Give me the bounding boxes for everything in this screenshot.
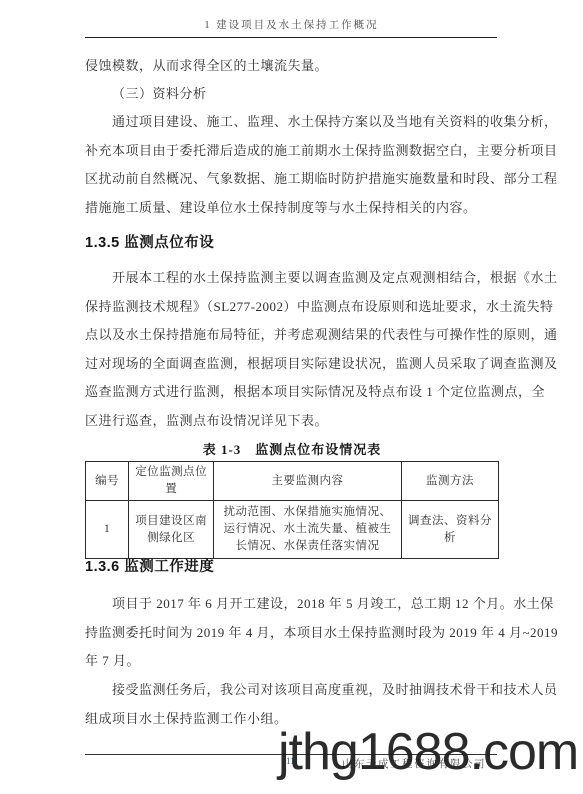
table-caption: 表 1-3 监测点位布设情况表 (85, 441, 499, 459)
paragraph-continuation: 侵蚀模数，从而求得全区的土壤流失量。 (85, 52, 501, 81)
column-header-content: 主要监测内容 (214, 462, 402, 501)
paragraph-subheading: （三）资料分析 (85, 80, 501, 109)
watermark-text: jthg1688.com (278, 722, 578, 782)
document-page: 1 建设项目及水土保持工作概况 侵蚀模数，从而求得全区的土壤流失量。 （三）资料… (0, 0, 583, 794)
text-line: 项目于 2017 年 6 月开工建设，2018 年 5 月竣工，总工期 12 个… (85, 590, 501, 619)
column-header-number: 编号 (86, 462, 129, 501)
text-line: 接受监测任务后，我公司对该项目高度重视，及时抽调技术骨干和技术人员 (85, 676, 501, 705)
text-line: （三）资料分析 (85, 80, 501, 109)
paragraph-schedule: 项目于 2017 年 6 月开工建设，2018 年 5 月竣工，总工期 12 个… (85, 590, 501, 676)
text-line: 通过项目建设、施工、监理、水土保持方案以及当地有关资料的收集分析， (85, 108, 501, 137)
column-header-method: 监测方法 (401, 462, 498, 501)
text-line: 区进行巡查，监测点布设情况详见下表。 (85, 407, 501, 436)
cell-method: 调查法、资料分析 (401, 501, 498, 559)
cell-location: 项目建设区南侧绿化区 (129, 501, 214, 559)
monitoring-points-table: 编号 定位监测点位置 主要监测内容 监测方法 1 项目建设区南侧绿化区 扰动范围… (85, 461, 499, 559)
table-header-row: 编号 定位监测点位置 主要监测内容 监测方法 (86, 462, 499, 501)
column-header-location: 定位监测点位置 (129, 462, 214, 501)
text-line: 巡查监测方式进行监测，根据本项目实际情况及特点布设 1 个定位监测点，全 (85, 378, 501, 407)
text-line: 保持监测技术规程》（SL277-2002）中监测点布设原则和选址要求，水土流失特 (85, 293, 501, 322)
page-header-chapter-title: 1 建设项目及水土保持工作概况 (0, 17, 583, 32)
cell-number: 1 (86, 501, 129, 559)
text-line: 持监测委托时间为 2019 年 4 月，本项目水土保持监测时段为 2019 年 … (85, 619, 501, 648)
text-line: 过对现场的全面调查监测，根据项目实际建设状况，监测人员采取了调查监测及 (85, 350, 501, 379)
paragraph-data-analysis: 通过项目建设、施工、监理、水土保持方案以及当地有关资料的收集分析， 补充本项目由… (85, 108, 501, 222)
text-line: 点以及水土保持措施布局特征，并考虑观测结果的代表性与可操作性的原则，通 (85, 321, 501, 350)
text-line: 区扰动前自然概况、气象数据、施工期临时防护措施实施数量和时段、部分工程 (85, 165, 501, 194)
text-line: 补充本项目由于委托滞后造成的施工前期水土保持监测数据空白，主要分析项目 (85, 137, 501, 166)
text-line: 侵蚀模数，从而求得全区的土壤流失量。 (85, 52, 501, 81)
section-heading-1-3-6: 1.3.6 监测工作进度 (85, 556, 501, 578)
header-rule (85, 37, 497, 38)
cell-content: 扰动范围、水保措施实施情况、运行情况、水土流失量、植被生长情况、水保责任落实情况 (214, 501, 402, 559)
table-row: 1 项目建设区南侧绿化区 扰动范围、水保措施实施情况、运行情况、水土流失量、植被… (86, 501, 499, 559)
text-line: 年 7 月。 (85, 647, 501, 676)
paragraph-monitoring-layout: 开展本工程的水土保持监测主要以调查监测及定点观测相结合，根据《水土 保持监测技术… (85, 264, 501, 436)
text-line: 开展本工程的水土保持监测主要以调查监测及定点观测相结合，根据《水土 (85, 264, 501, 293)
section-heading-1-3-5: 1.3.5 监测点位布设 (85, 232, 501, 254)
text-line: 措施施工质量、建设单位水土保持制度等与水土保持相关的内容。 (85, 194, 501, 223)
